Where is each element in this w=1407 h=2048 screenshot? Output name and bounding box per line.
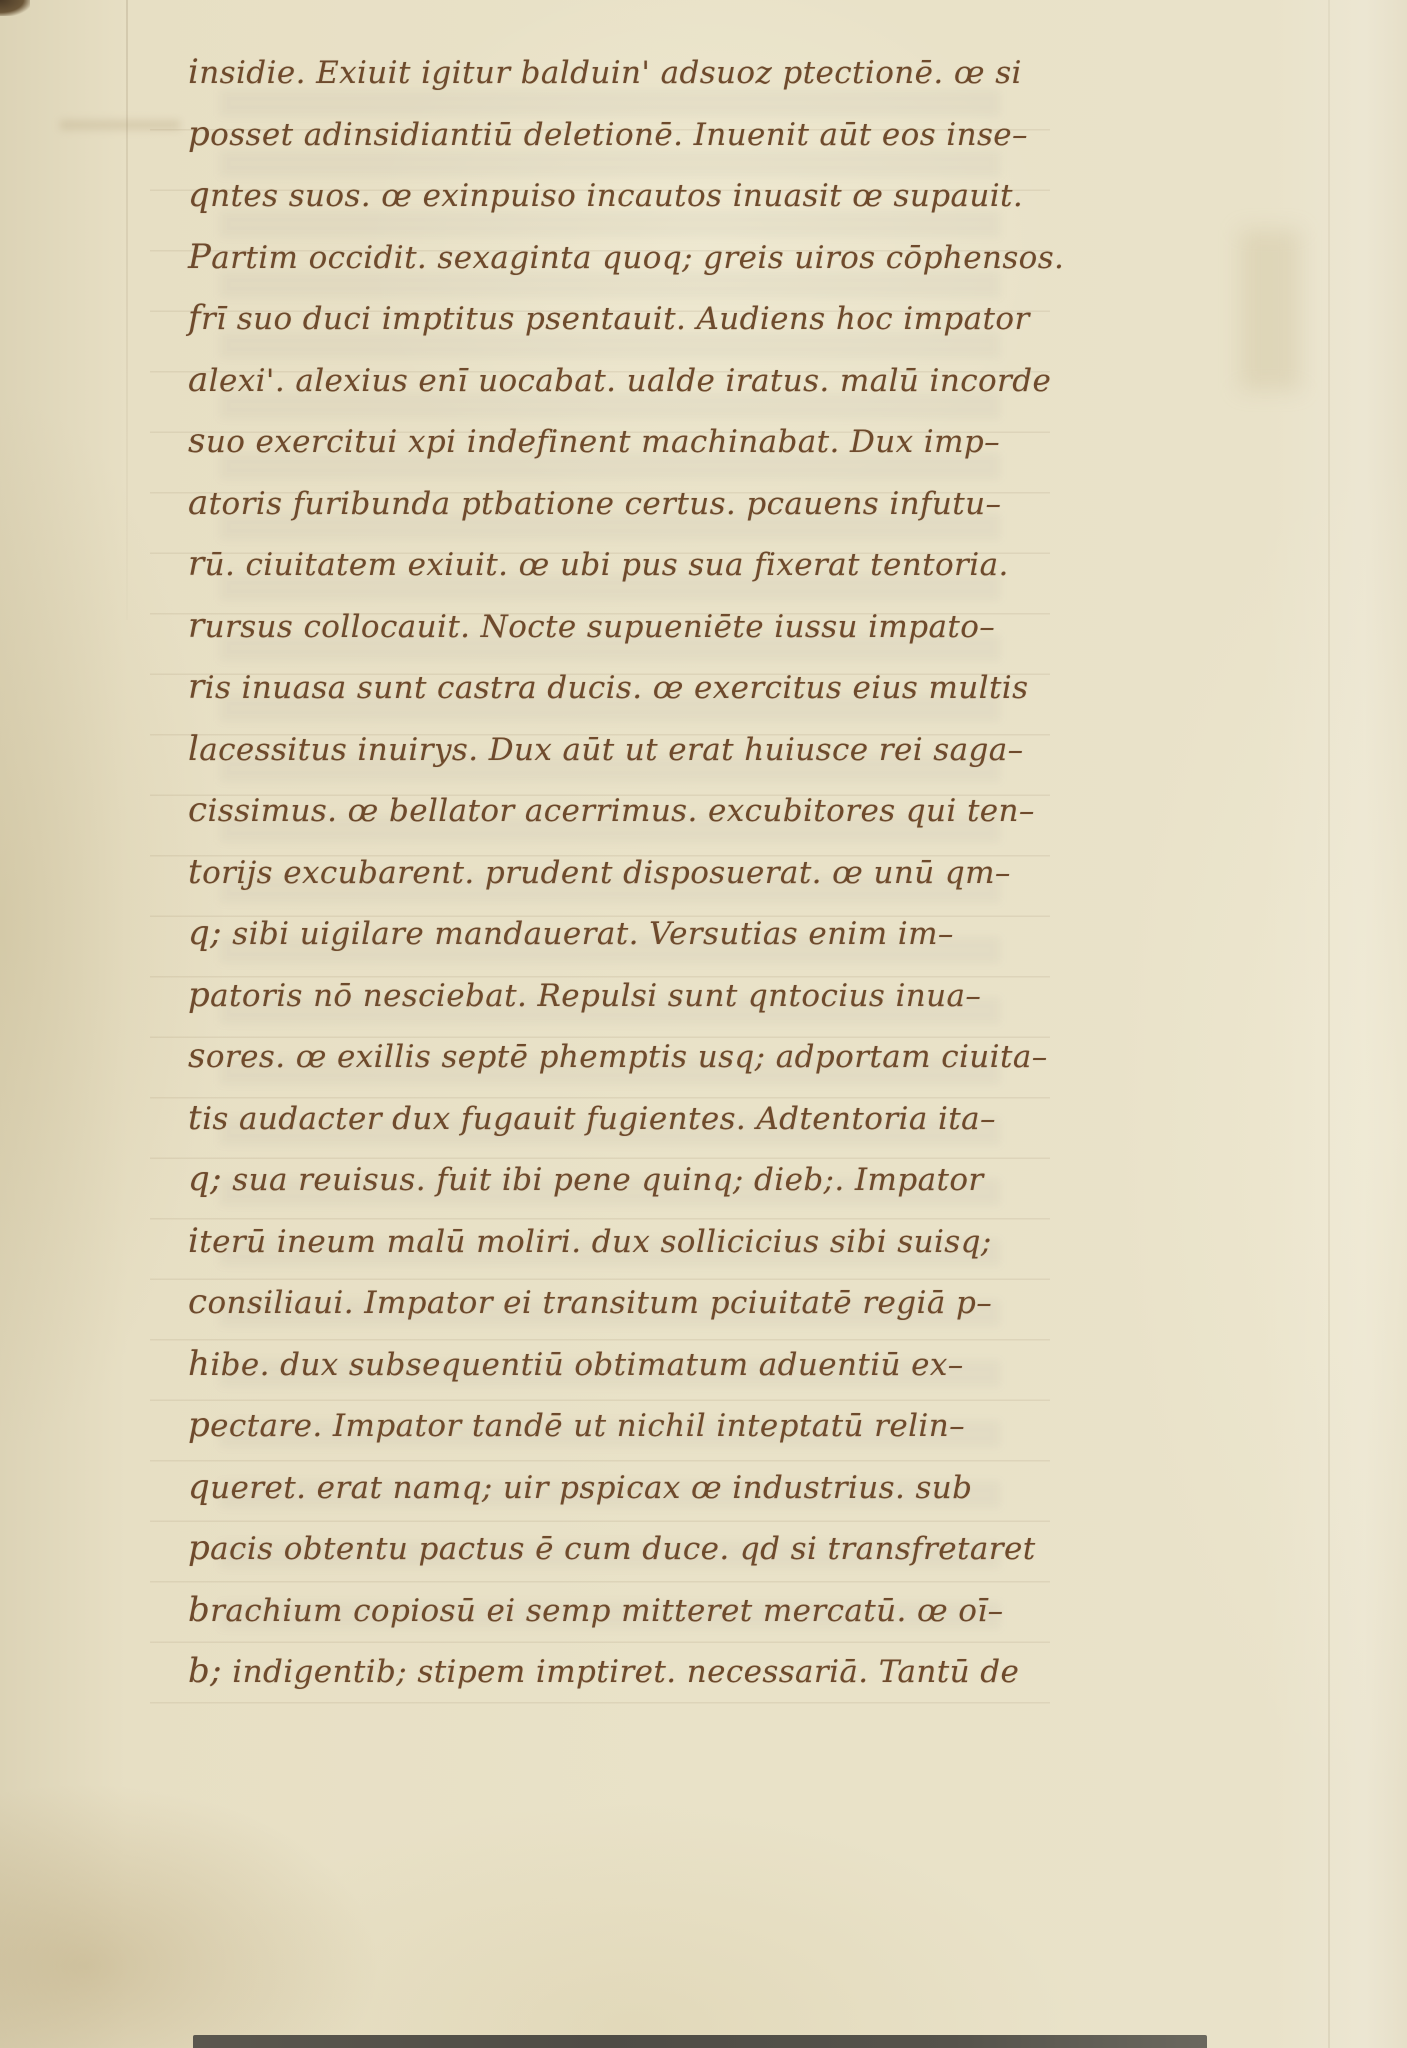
manuscript-line: tis audacter dux fugauit fugientes. Adte… [188,1088,1028,1150]
manuscript-line: lacessitus inuirys. Dux aūt ut erat huiu… [188,719,1028,781]
manuscript-line: atoris furibunda ptbatione certus. pcaue… [188,473,1028,535]
page-corner-mark [0,0,30,16]
parchment-blemish [60,120,180,130]
manuscript-line: torijs excubarent. prudent disposuerat. … [188,842,1028,904]
manuscript-line: q; sua reuisus. fuit ibi pene quinq; die… [188,1149,1028,1211]
manuscript-line: pectare. Impator tandē ut nichil intepta… [188,1395,1028,1457]
manuscript-line: q; sibi uigilare mandauerat. Versutias e… [188,903,1028,965]
manuscript-line: qntes suos. œ exinpuiso incautos inuasit… [188,165,1028,227]
manuscript-line: cissimus. œ bellator acerrimus. excubito… [188,780,1028,842]
manuscript-line: patoris nō nesciebat. Repulsi sunt qntoc… [188,965,1028,1027]
manuscript-line: consiliaui. Impator ei transitum pciuita… [188,1272,1028,1334]
parchment-blemish [1240,230,1300,390]
manuscript-line: hibe. dux subsequentiū obtimatum aduenti… [188,1334,1028,1396]
left-margin-ruling-line [126,0,128,620]
manuscript-line: b; indigentib; stipem imptiret. necessar… [188,1641,1028,1703]
manuscript-line: frī suo duci imptitus psentauit. Audiens… [188,288,1028,350]
manuscript-line: sores. œ exillis septē phemptis usq; adp… [188,1026,1028,1088]
manuscript-line: queret. erat namq; uir pspicax œ industr… [188,1457,1028,1519]
manuscript-line: posset adinsidiantiū deletionē. Inuenit … [188,104,1028,166]
text-lines: insidie. Exiuit igitur balduin' adsuoz p… [188,42,1028,1703]
manuscript-line: brachium copiosū ei semp mitteret mercat… [188,1580,1028,1642]
right-page-edge-line [1328,0,1330,2048]
manuscript-line: insidie. Exiuit igitur balduin' adsuoz p… [188,42,1028,104]
scan-bottom-edge [193,2035,1207,2048]
manuscript-line: suo exercitui xpi indefinent machinabat.… [188,411,1028,473]
manuscript-line: rū. ciuitatem exiuit. œ ubi pus sua fixe… [188,534,1028,596]
manuscript-line: pacis obtentu pactus ē cum duce. qd si t… [188,1518,1028,1580]
manuscript-line: iterū ineum malū moliri. dux sollicicius… [188,1211,1028,1273]
manuscript-line: rursus collocauit. Nocte supueniēte iuss… [188,596,1028,658]
manuscript-line: alexi'. alexius enī uocabat. ualde iratu… [188,350,1028,412]
manuscript-text-block: insidie. Exiuit igitur balduin' adsuoz p… [188,42,1028,1703]
manuscript-line: Partim occidit. sexaginta quoq; greis ui… [188,227,1028,289]
manuscript-line: ris inuasa sunt castra ducis. œ exercitu… [188,657,1028,719]
